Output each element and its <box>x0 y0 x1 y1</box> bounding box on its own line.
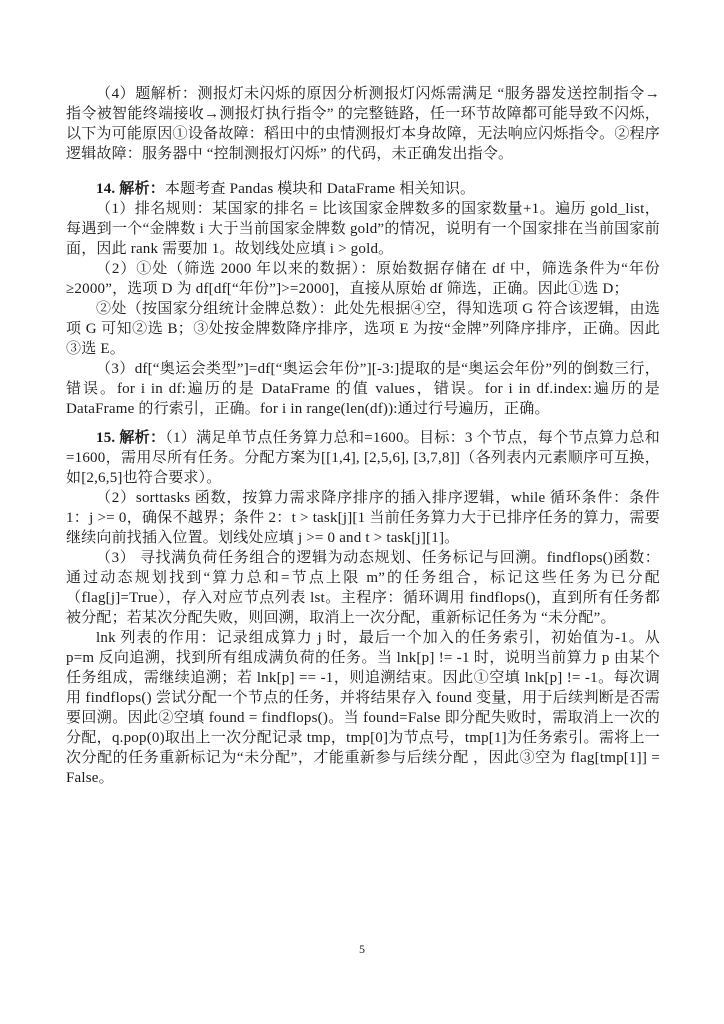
paragraph-text: （2）①处（筛选 2000 年以来的数据）：原始数据存储在 df 中，筛选条件为… <box>66 261 660 297</box>
paragraph-q13-part4-analysis: （4）题解析：测报灯未闪烁的原因分析测报灯闪烁需满足 “服务器发送控制指令→指令… <box>66 84 660 164</box>
paragraph-text: （2）sorttasks 函数，按算力需求降序排序的插入排序逻辑，while 循… <box>66 490 660 546</box>
paragraph-q14-part3: （3）df[“奥运会类型”]=df[“奥运会年份”][-3:]提取的是“奥运会年… <box>66 359 660 419</box>
paragraph-text: （3）df[“奥运会类型”]=df[“奥运会年份”][-3:]提取的是“奥运会年… <box>66 361 660 417</box>
paragraph-text: （1）排名规则：某国家的排名 = 比该国家金牌数多的国家数量+1。遍历 gold… <box>66 201 660 257</box>
paragraph-text: ②处（按国家分组统计金牌总数）：此处先根据④空，得知选项 G 符合该逻辑，由选项… <box>66 301 660 357</box>
paragraph-q15-part1: 15. 解析：（1）满足单节点任务算力总和=1600。目标：3 个节点，每个节点… <box>66 428 660 488</box>
paragraph-q15-part3-lnk: lnk 列表的作用：记录组成算力 j 时，最后一个加入的任务索引，初始值为-1。… <box>66 628 660 788</box>
solutions-text-block: （4）题解析：测报灯未闪烁的原因分析测报灯闪烁需满足 “服务器发送控制指令→指令… <box>66 84 660 788</box>
paragraph-bold-label: 15. 解析： <box>96 430 165 446</box>
document-page: （4）题解析：测报灯未闪烁的原因分析测报灯闪烁需满足 “服务器发送控制指令→指令… <box>0 0 724 1024</box>
paragraph-q14-part2-blank2-3: ②处（按国家分组统计金牌总数）：此处先根据④空，得知选项 G 符合该逻辑，由选项… <box>66 299 660 359</box>
paragraph-text: （3） 寻找满负荷任务组合的逻辑为动态规划、任务标记与回溯。findflops(… <box>66 550 660 626</box>
paragraph-text: （4）题解析：测报灯未闪烁的原因分析测报灯闪烁需满足 “服务器发送控制指令→指令… <box>66 86 660 162</box>
paragraph-text: 本题考查 Pandas 模块和 DataFrame 相关知识。 <box>165 181 475 197</box>
paragraph-q15-part2: （2）sorttasks 函数，按算力需求降序排序的插入排序逻辑，while 循… <box>66 488 660 548</box>
paragraph-text: lnk 列表的作用：记录组成算力 j 时，最后一个加入的任务索引，初始值为-1。… <box>66 630 660 786</box>
paragraph-q14-part1: （1）排名规则：某国家的排名 = 比该国家金牌数多的国家数量+1。遍历 gold… <box>66 199 660 259</box>
paragraph-q14-part2-blank1: （2）①处（筛选 2000 年以来的数据）：原始数据存储在 df 中，筛选条件为… <box>66 259 660 299</box>
paragraph-q14-intro: 14. 解析：本题考查 Pandas 模块和 DataFrame 相关知识。 <box>66 179 660 199</box>
paragraph-q15-part3-findflops: （3） 寻找满负荷任务组合的逻辑为动态规划、任务标记与回溯。findflops(… <box>66 548 660 628</box>
paragraph-bold-label: 14. 解析： <box>96 181 165 197</box>
page-number: 5 <box>0 942 724 957</box>
